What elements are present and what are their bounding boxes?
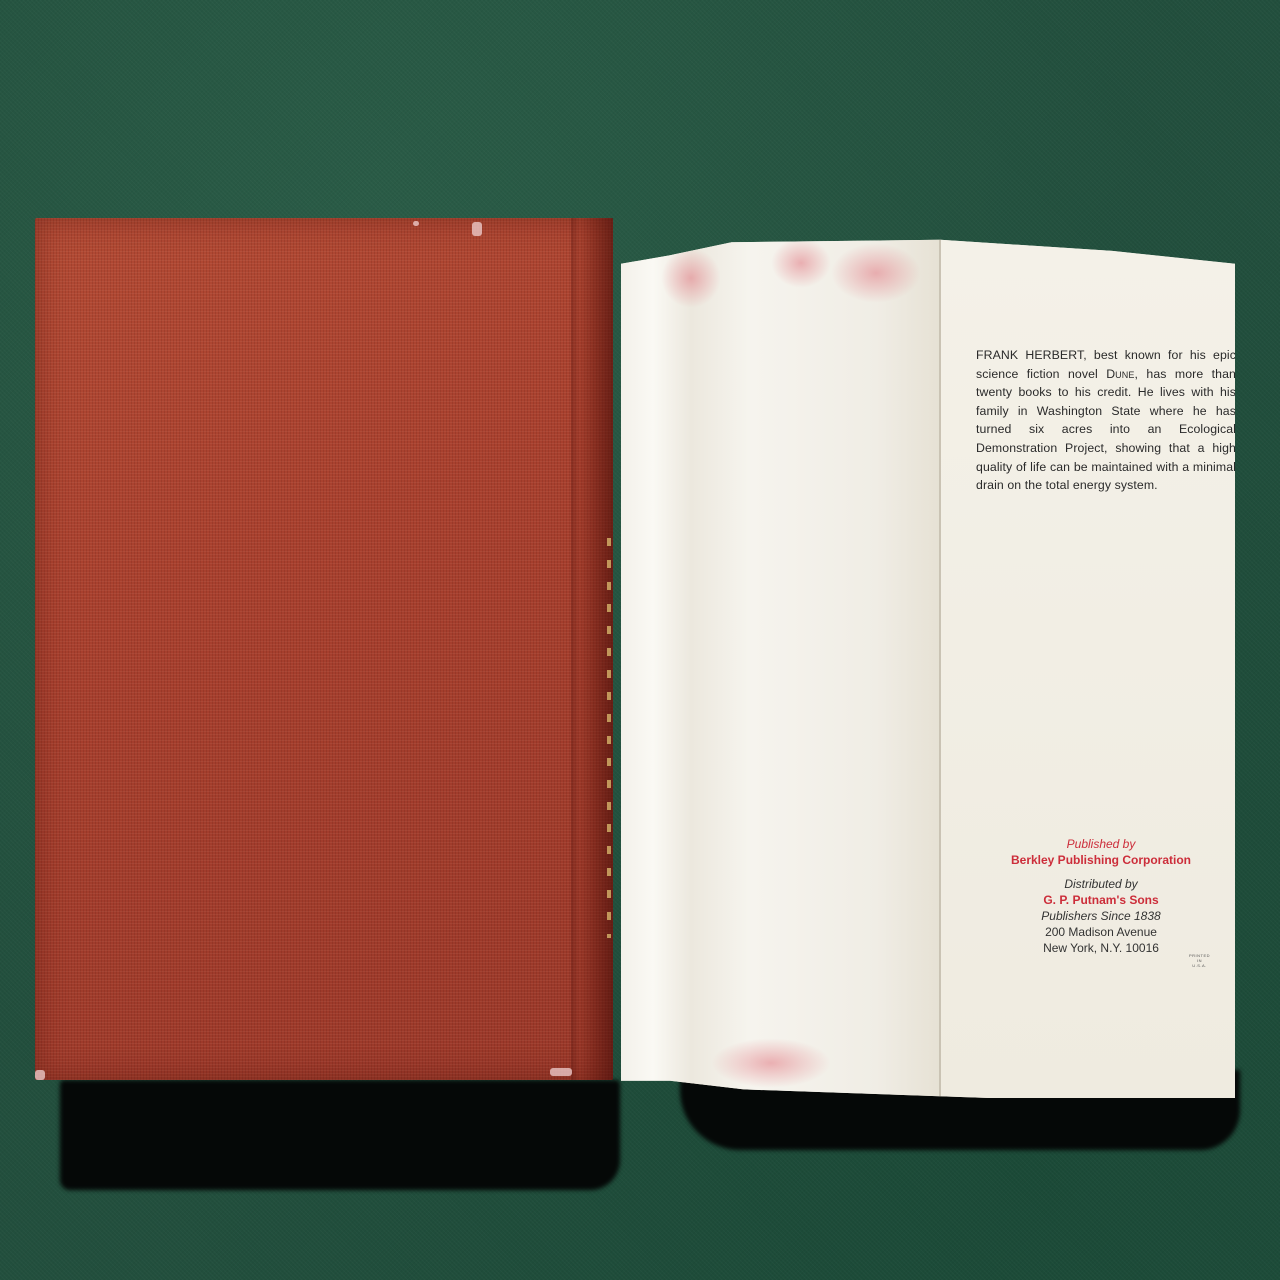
author-bio: FRANK HERBERT, best known for his epic s… <box>976 346 1236 495</box>
distributor-name: G. P. Putnam's Sons <box>996 892 1206 908</box>
cloth-wear-spot <box>35 1070 45 1080</box>
book-title: Dune <box>1106 367 1134 381</box>
pink-stain <box>661 248 721 308</box>
pink-stain <box>831 243 921 303</box>
dust-jacket: FRANK HERBERT, best known for his epic s… <box>621 238 1235 1098</box>
printed-in-usa-stamp: PRINTED IN U.S.A. <box>1189 953 1210 968</box>
spine-gilt-lettering <box>607 538 611 938</box>
publisher-since: Publishers Since 1838 <box>996 908 1206 924</box>
author-name: FRANK HERBERT <box>976 348 1083 362</box>
address-line-2: New York, N.Y. 10016 <box>996 940 1206 956</box>
pink-stain <box>771 238 831 288</box>
publisher-block: Published by Berkley Publishing Corporat… <box>996 836 1206 956</box>
book-shadow <box>60 1080 620 1190</box>
cloth-wear-spot <box>472 222 482 236</box>
publisher-name: Berkley Publishing Corporation <box>996 852 1206 868</box>
cloth-wear-spot <box>413 221 419 226</box>
cloth-wear-spot <box>550 1068 572 1076</box>
jacket-fold-line <box>939 238 941 1098</box>
address-line-1: 200 Madison Avenue <box>996 924 1206 940</box>
red-hardcover-book <box>35 218 613 1080</box>
published-by-label: Published by <box>996 836 1206 852</box>
pink-stain <box>711 1038 831 1088</box>
jacket-spine-panel <box>621 238 941 1098</box>
distributed-by-label: Distributed by <box>996 876 1206 892</box>
